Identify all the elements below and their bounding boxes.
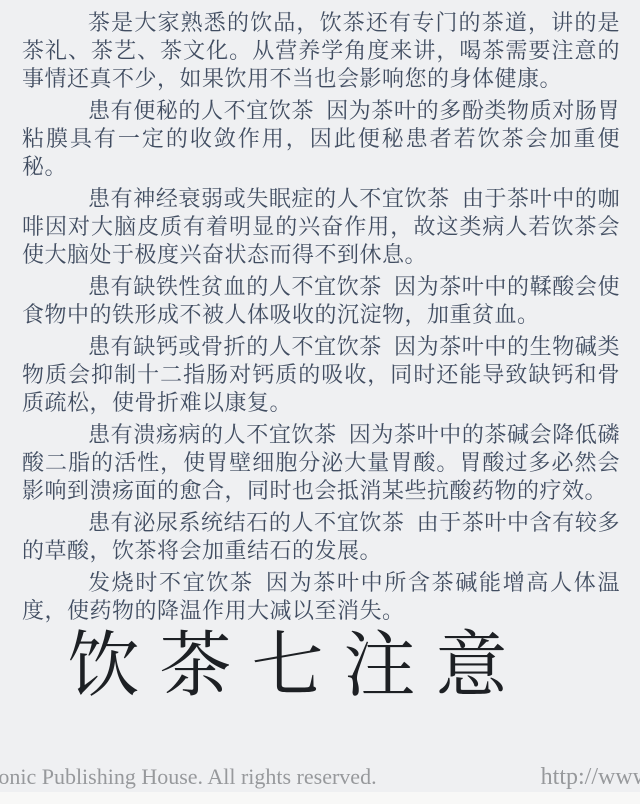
precaution-paragraph-fever: 发烧时不宜饮茶因为茶叶中所含茶碱能增高人体温度，使药物的降温作用大减以至消失。 (22, 569, 620, 625)
precaution-lead: 患有缺铁性贫血的人不宜饮茶 (88, 274, 394, 299)
intro-text: 茶是大家熟悉的饮品，饮茶还有专门的茶道，讲的是茶礼、茶艺、茶文化。从营养学角度来… (22, 10, 620, 91)
page-title: 饮茶七注意 (0, 629, 640, 703)
precaution-lead: 患有缺钙或骨折的人不宜饮茶 (88, 334, 394, 359)
precaution-paragraph-calcium: 患有缺钙或骨折的人不宜饮茶因为茶叶中的生物碱类物质会抑制十二指肠对钙质的吸收，同… (22, 333, 620, 417)
article-body: 茶是大家熟悉的饮品，饮茶还有专门的茶道，讲的是茶礼、茶艺、茶文化。从营养学角度来… (0, 0, 640, 625)
precaution-paragraph-stones: 患有泌尿系统结石的人不宜饮茶由于茶叶中含有较多的草酸，饮茶将会加重结石的发展。 (22, 509, 620, 565)
watermark-url-text: http://www (541, 764, 640, 791)
precaution-lead: 发烧时不宜饮茶 (88, 570, 266, 595)
precaution-lead: 患有便秘的人不宜饮茶 (88, 98, 326, 123)
precaution-lead: 患有神经衰弱或失眠症的人不宜饮茶 (88, 186, 462, 211)
precaution-lead: 患有泌尿系统结石的人不宜饮茶 (88, 510, 417, 535)
intro-paragraph: 茶是大家熟悉的饮品，饮茶还有专门的茶道，讲的是茶礼、茶艺、茶文化。从营养学角度来… (22, 9, 620, 93)
precaution-paragraph-neurasthenia: 患有神经衰弱或失眠症的人不宜饮茶由于茶叶中的咖啡因对大脑皮质有着明显的兴奋作用，… (22, 185, 620, 269)
watermark-publisher-text: ronic Publishing House. All rights reser… (0, 764, 377, 790)
precaution-paragraph-constipation: 患有便秘的人不宜饮茶因为茶叶的多酚类物质对肠胃粘膜具有一定的收敛作用，因此便秘患… (22, 97, 620, 181)
precaution-paragraph-anemia: 患有缺铁性贫血的人不宜饮茶因为茶叶中的鞣酸会使食物中的铁形成不被人体吸收的沉淀物… (22, 273, 620, 329)
precaution-lead: 患有溃疡病的人不宜饮茶 (88, 422, 349, 447)
page-bottom-edge (0, 792, 640, 804)
precaution-paragraph-ulcer: 患有溃疡病的人不宜饮茶因为茶叶中的茶碱会降低磷酸二脂的活性，使胃壁细胞分泌大量胃… (22, 421, 620, 505)
copyright-watermark: ronic Publishing House. All rights reser… (0, 764, 640, 791)
document-page: 茶是大家熟悉的饮品，饮茶还有专门的茶道，讲的是茶礼、茶艺、茶文化。从营养学角度来… (0, 0, 640, 804)
